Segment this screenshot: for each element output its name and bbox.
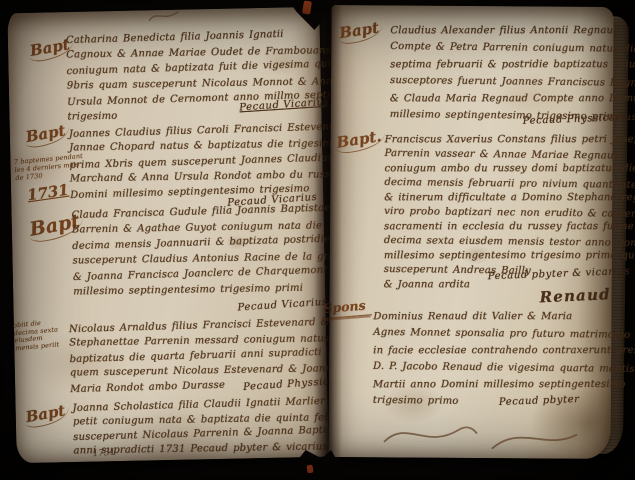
betrothal-entry-right-3: Spons Dominius Renaud dit Valier & Maria… bbox=[328, 5, 613, 459]
baptism-entry-left-5: Bapt Joanna Scholastica filia Claudii Ig… bbox=[7, 7, 328, 463]
manuscript-line: Agnes Monnet sponsalia pro futuro matrim… bbox=[373, 324, 607, 344]
ink-flourish bbox=[380, 413, 580, 458]
manuscript-line: D. P. Jacobo Renaud die vigesima quarta … bbox=[373, 358, 607, 378]
margin-label-spons: Spons bbox=[321, 297, 373, 319]
manuscript-line: Martii anno Domini millesimo septingente… bbox=[373, 376, 607, 393]
right-page: Bapt Claudius Alexander filius Antonii R… bbox=[328, 5, 613, 459]
photo-background: Bapt Catharina Benedicta filia Joannis I… bbox=[0, 0, 635, 480]
manuscript-line: in facie ecclesiae contrahendo contraxer… bbox=[373, 342, 607, 359]
footer-year-1731: 1731 bbox=[92, 448, 116, 460]
left-page: Bapt Catharina Benedicta filia Joannis I… bbox=[7, 7, 328, 463]
margin-label-bapt: Bapt bbox=[22, 401, 71, 430]
manuscript-line: Dominius Renaud dit Valier & Maria bbox=[373, 308, 607, 325]
spine-tailband-red bbox=[306, 465, 313, 474]
